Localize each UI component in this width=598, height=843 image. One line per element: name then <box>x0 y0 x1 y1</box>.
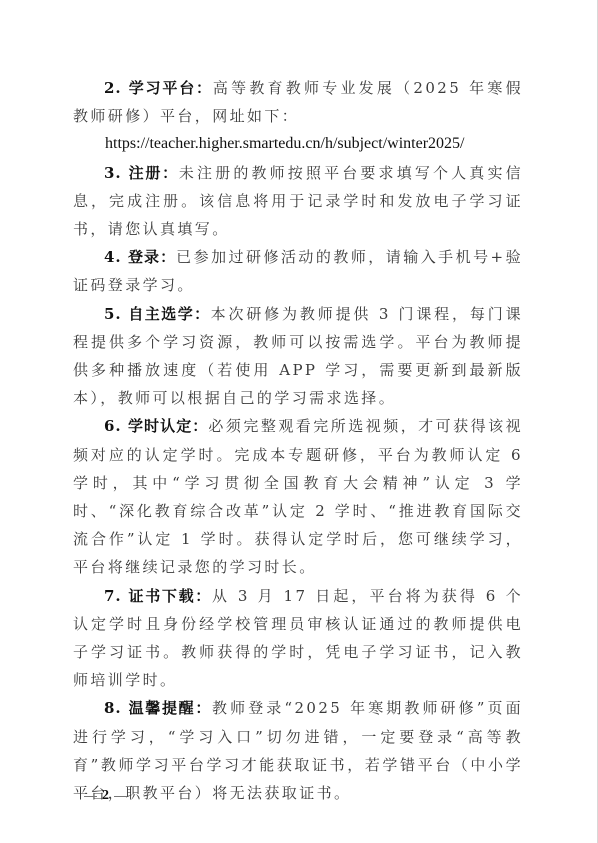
item-heading: 8. 温馨提醒： <box>104 699 212 717</box>
item-login: 4. 登录：已参加过研修活动的教师，请输入手机号+验证码登录学习。 <box>73 243 523 299</box>
item-heading: 2. 学习平台： <box>104 79 213 97</box>
document-body: 2. 学习平台：高等教育教师专业发展（2025 年寒假教师研修）平台，网址如下：… <box>73 74 523 807</box>
item-reminder: 8. 温馨提醒：教师登录“2025 年寒期教师研修”页面进行学习，“学习入口”切… <box>73 694 523 807</box>
item-heading: 4. 登录： <box>104 248 176 266</box>
item-heading: 3. 注册： <box>104 164 179 182</box>
item-heading: 7. 证书下载： <box>104 587 212 605</box>
item-heading: 6. 学时认定： <box>104 417 208 435</box>
item-registration: 3. 注册：未注册的教师按照平台要求填写个人真实信息，完成注册。该信息将用于记录… <box>73 159 523 244</box>
page-number: 2 <box>84 788 127 804</box>
item-text: 必须完整观看完所选视频，才可获得该视频对应的认定学时。完成本专题研修，平台为教师… <box>73 417 523 576</box>
item-credit-hours: 6. 学时认定：必须完整观看完所选视频，才可获得该视频对应的认定学时。完成本专题… <box>73 412 523 581</box>
platform-url-link[interactable]: https://teacher.higher.smartedu.cn/h/sub… <box>73 130 523 158</box>
item-self-selected-study: 5. 自主选学：本次研修为教师提供 3 门课程，每门课程提供多个学习资源，教师可… <box>73 300 523 413</box>
item-certificate-download: 7. 证书下载：从 3 月 17 日起，平台将为获得 6 个认定学时且身份经学校… <box>73 582 523 695</box>
item-heading: 5. 自主选学： <box>104 305 211 323</box>
dash-right <box>114 796 127 797</box>
item-learning-platform: 2. 学习平台：高等教育教师专业发展（2025 年寒假教师研修）平台，网址如下： <box>73 74 523 130</box>
dash-left <box>84 796 97 797</box>
page-number-value: 2 <box>102 788 109 804</box>
